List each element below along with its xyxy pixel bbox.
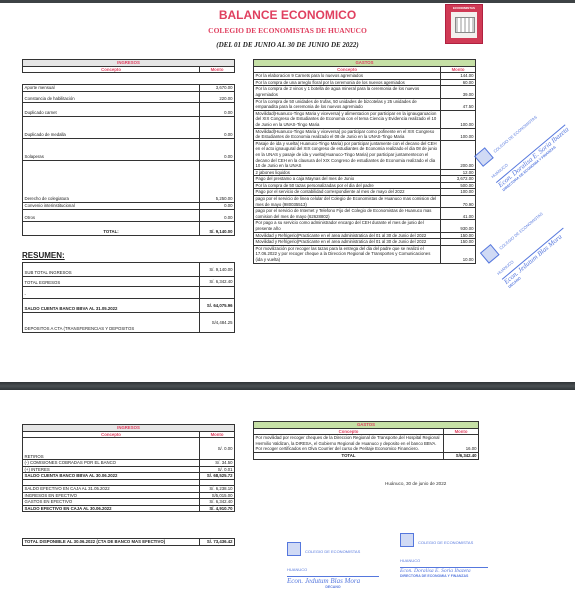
concept-cell: SUB TOTAL INGRESOS bbox=[23, 263, 200, 277]
col-concept: Concepto bbox=[23, 431, 200, 438]
amount-cell: 220.00 bbox=[200, 92, 235, 103]
amount-cell: S/. 6,238.10 bbox=[200, 485, 235, 492]
concept-cell: Por pago a su servicio como administrado… bbox=[254, 220, 441, 232]
concept-cell: GASTOS EN EFECTIVO bbox=[23, 499, 200, 506]
col-concept: Concepto bbox=[254, 428, 444, 435]
table-row: SALDO EFECTIVO EN CAJA AL 30.06.2022S/. … bbox=[23, 505, 235, 512]
page2-gastos-table: GASTOS ConceptoMonto Por movilidad por r… bbox=[253, 421, 479, 460]
total-disponible-amount: S/. 73,436.42 bbox=[200, 539, 235, 546]
table-row: TOTAL EGRESOSS/. 6,342.40 bbox=[23, 277, 235, 287]
seal-icon bbox=[400, 533, 414, 547]
table-row: Por movilización por recoger las tazas p… bbox=[254, 245, 476, 263]
table-row: pago por el servicio de Internet y Telef… bbox=[254, 208, 476, 220]
concept-cell: DEPOSITOS A CTA (TRANSFERENCIAS Y DEPOSI… bbox=[23, 313, 200, 333]
table-row: Solaperas0.00 bbox=[23, 139, 235, 161]
concept-cell: SALDO CUENTA BANCO BBVA AL 31.05.2022 bbox=[23, 299, 200, 313]
amount-cell: 12.00 bbox=[441, 169, 476, 176]
amount-cell: 0.00 bbox=[200, 210, 235, 222]
table-row: Por pago a su servicio como administrado… bbox=[254, 220, 476, 232]
col-concept: Concepto bbox=[254, 66, 441, 73]
total-disponible-label: TOTAL DISPONIBLE AL 30.06.2022 (CTA DE B… bbox=[23, 539, 200, 546]
concept-cell: SALDO EFECTIVO EN CAJA AL 31.05.2022 bbox=[23, 485, 200, 492]
stamp-dean-page2: COLEGIO DE ECONOMISTAS HUANUCO Econ. Jed… bbox=[287, 540, 379, 589]
table-row: Por la compra de 50 tazas personalizadas… bbox=[254, 182, 476, 189]
amount-cell: S/. 9,140.00 bbox=[200, 263, 235, 277]
amount-cell: S/. 6,342.40 bbox=[200, 499, 235, 506]
concept-cell: Por movilización por recoger las tazas p… bbox=[254, 245, 441, 263]
concept-cell: pago por el servicio de Internet y Telef… bbox=[254, 208, 441, 220]
concept-cell: - bbox=[23, 287, 200, 299]
table-row: SUB TOTAL INGRESOSS/. 9,140.00 bbox=[23, 263, 235, 277]
col-concept: Concepto bbox=[23, 66, 200, 73]
amount-cell: 10.00 bbox=[441, 245, 476, 263]
page2-ingresos-table: INGRESOS ConceptoMonto RETIROSS/. 0.00(-… bbox=[22, 424, 235, 512]
concept-cell: Pago por el servicio de contabilidad cor… bbox=[254, 189, 441, 196]
amount-cell: 100.00 bbox=[441, 128, 476, 140]
table-row: Movilidad(Huanuco-Tingo Maria y vicevers… bbox=[254, 128, 476, 140]
concept-cell: INGRESOS EN EFECTIVO bbox=[23, 492, 200, 499]
concept-cell: Constancia de habilitación bbox=[23, 92, 200, 103]
organization-name: COLEGIO DE ECONOMISTAS DE HUANUCO bbox=[0, 26, 575, 35]
amount-cell: S/. 34.50 bbox=[200, 460, 235, 467]
amount-cell: 144.00 bbox=[441, 73, 476, 80]
table-row: Pago del prestamo a caja Maynas del mes … bbox=[254, 176, 476, 183]
stamp-dean: COLEGIO DE ECONOMISTAS HUANUCO Econ. Jed… bbox=[479, 200, 572, 289]
gastos-title: GASTOS bbox=[254, 60, 476, 67]
table-row: (+) INTERESS/. 0.01 bbox=[23, 466, 235, 473]
amount-cell: S/. 0.01 bbox=[200, 466, 235, 473]
table-row: Por la compra de 50 unidades de trufas, … bbox=[254, 98, 476, 110]
gastos-table: GASTOS ConceptoMonto Por la elaboracion … bbox=[253, 59, 476, 264]
table-row: Por la compra de 2 vinos y 1 botella de … bbox=[254, 86, 476, 98]
concept-cell: Convenio interinstitucional bbox=[23, 203, 200, 210]
table-row: Duplicado de medalla0.00 bbox=[23, 117, 235, 139]
ingresos-body: Aporte mensual3,670.00Constancia de habi… bbox=[22, 84, 235, 236]
table-row: GASTOS EN EFECTIVOS/. 6,342.40 bbox=[23, 499, 235, 506]
concept-cell: Por la compra de 50 tazas personalizadas… bbox=[254, 182, 441, 189]
amount-cell: 60.00 bbox=[441, 79, 476, 86]
table-row: 2 jabones liquidos12.00 bbox=[254, 169, 476, 176]
amount-cell: S/. 64,075.96 bbox=[200, 299, 235, 313]
amount-cell: 150.00 bbox=[441, 239, 476, 246]
amount-cell: 0.00 bbox=[200, 139, 235, 161]
col-amount: Monto bbox=[200, 66, 235, 73]
concept-cell: pago por el servicio de linea celular de… bbox=[254, 196, 441, 208]
concept-cell: SALDO EFECTIVO EN CAJA AL 30.06.2022 bbox=[23, 505, 200, 512]
seal-icon bbox=[480, 244, 500, 264]
ingresos-title: INGRESOS bbox=[23, 60, 235, 67]
table-row: (-) COMISIONES COBRADAS POR EL BANCOS/. … bbox=[23, 460, 235, 467]
table-row: SALDO CUENTA BANCO BBVA AL 31.05.2022S/.… bbox=[23, 299, 235, 313]
amount-cell: S/. 4,910.70 bbox=[200, 505, 235, 512]
amount-cell: 5,250.00 bbox=[200, 161, 235, 203]
amount-cell: 100.00 bbox=[441, 110, 476, 128]
total-amount: S/. 9,140.00 bbox=[200, 222, 235, 236]
table-row: Movilidad y Refrigerio(Practicante en el… bbox=[254, 239, 476, 246]
table-row: Por la compra de una arreglo floral por … bbox=[254, 79, 476, 86]
concept-cell: Por la elaboracion 9 Carnets para lo nue… bbox=[254, 73, 441, 80]
amount-cell: 0.00 bbox=[200, 203, 235, 210]
amount-cell: S/. 6,342.40 bbox=[200, 277, 235, 287]
concept-cell: Aporte mensual bbox=[23, 85, 200, 92]
amount-cell: S/4,484.25 bbox=[200, 313, 235, 333]
concept-cell: Movilidad(Huanuco-Tingo Maria y vicevers… bbox=[254, 110, 441, 128]
amount-cell: 0.00 bbox=[200, 103, 235, 117]
concept-cell: TOTAL EGRESOS bbox=[23, 277, 200, 287]
table-row: Pago por el servicio de contabilidad cor… bbox=[254, 189, 476, 196]
concept-cell: Duplicado carnet bbox=[23, 103, 200, 117]
seal-icon bbox=[287, 542, 301, 556]
amount-cell: 47.50 bbox=[441, 98, 476, 110]
concept-cell: Pasaje de ida y vuelta( Huanuco-Tingo Ma… bbox=[254, 140, 441, 169]
stamp-director-page2: COLEGIO DE ECONOMISTAS HUANUCO Econ. Dor… bbox=[400, 531, 488, 578]
concept-cell: Movilidad(Huanuco-Tingo Maria y vicevers… bbox=[254, 128, 441, 140]
concept-cell: 2 jabones liquidos bbox=[254, 169, 441, 176]
concept-cell: Pago del prestamo a caja Maynas del mes … bbox=[254, 176, 441, 183]
amount-cell: 150.00 bbox=[441, 232, 476, 239]
amount-cell: 200.00 bbox=[441, 140, 476, 169]
table-row: SALDO EFECTIVO EN CAJA AL 31.05.2022S/. … bbox=[23, 485, 235, 492]
table-row: Duplicado carnet0.00 bbox=[23, 103, 235, 117]
ingresos-table: INGRESOS ConceptoMonto bbox=[22, 59, 235, 73]
table-row: - bbox=[23, 287, 235, 299]
ingresos-total-row: TOTAL: S/. 9,140.00 bbox=[23, 222, 235, 236]
college-logo: ECONOMISTAS bbox=[445, 4, 483, 44]
concept-cell: Por la compra de 50 unidades de trufas, … bbox=[254, 98, 441, 110]
page2-ingresos-title: INGRESOS bbox=[23, 425, 235, 432]
amount-cell: 16.00 bbox=[444, 435, 479, 453]
amount-cell: 41.00 bbox=[441, 208, 476, 220]
page-separator bbox=[0, 382, 575, 390]
amount-cell: S/. 68,525.72 bbox=[200, 473, 235, 480]
concept-cell: Movilidad y Refrigerio(Practicante en el… bbox=[254, 239, 441, 246]
amount-cell: S/. 0.00 bbox=[200, 438, 235, 460]
table-row: RETIROSS/. 0.00 bbox=[23, 438, 235, 460]
col-amount: Monto bbox=[441, 66, 476, 73]
concept-cell: Duplicado de medalla bbox=[23, 117, 200, 139]
amount-cell: 0.00 bbox=[200, 117, 235, 139]
table-row: DEPOSITOS A CTA (TRANSFERENCIAS Y DEPOSI… bbox=[23, 313, 235, 333]
concept-cell: (+) INTERES bbox=[23, 466, 200, 473]
period-label: (DEL 01 DE JUNIO AL 30 DE JUNIO DE 2022) bbox=[0, 41, 575, 49]
concept-cell: Por la compra de 2 vinos y 1 botella de … bbox=[254, 86, 441, 98]
table-row: Por movilidad por recoger cheques de la … bbox=[254, 435, 479, 453]
table-row: Movilidad y Refrigerio(Practicante en el… bbox=[254, 232, 476, 239]
total-disponible-table: TOTAL DISPONIBLE AL 30.06.2022 (CTA DE B… bbox=[22, 538, 235, 546]
concept-cell: Otros bbox=[23, 210, 200, 222]
amount-cell: S/5,015.00 bbox=[200, 492, 235, 499]
seal-icon bbox=[474, 147, 494, 167]
total-label: TOTAL: bbox=[23, 222, 200, 236]
city-date: Huánuco, 30 de junio de 2022 bbox=[385, 481, 446, 486]
amount-cell: 3,672.00 bbox=[441, 176, 476, 183]
logo-caption: ECONOMISTAS bbox=[446, 5, 482, 11]
col-amount: Monto bbox=[200, 431, 235, 438]
amount-cell: 500.00 bbox=[441, 182, 476, 189]
page2-gastos-total-row: TOTAL S/6,342.40 bbox=[254, 452, 479, 459]
concept-cell: Movilidad y Refrigerio(Practicante en el… bbox=[254, 232, 441, 239]
table-row: Pasaje de ida y vuelta( Huanuco-Tingo Ma… bbox=[254, 140, 476, 169]
concept-cell: RETIROS bbox=[23, 438, 200, 460]
table-row: INGRESOS EN EFECTIVOS/5,015.00 bbox=[23, 492, 235, 499]
viewer-top-border bbox=[0, 0, 575, 3]
amount-cell: 70.90 bbox=[441, 196, 476, 208]
table-row: Convenio interinstitucional0.00 bbox=[23, 203, 235, 210]
table-row: Otros0.00 bbox=[23, 210, 235, 222]
concept-cell: Derecho de colegiatura bbox=[23, 161, 200, 203]
table-row: Constancia de habilitación220.00 bbox=[23, 92, 235, 103]
stamp-director: COLEGIO DE ECONOMISTAS HUANUCO Econ. Dor… bbox=[473, 97, 573, 192]
table-row: Aporte mensual3,670.00 bbox=[23, 85, 235, 92]
concept-cell: Solaperas bbox=[23, 139, 200, 161]
document-title: BALANCE ECONOMICO bbox=[0, 8, 575, 22]
amount-cell: 3,670.00 bbox=[200, 85, 235, 92]
concept-cell: (-) COMISIONES COBRADAS POR EL BANCO bbox=[23, 460, 200, 467]
amount-cell: 39.00 bbox=[441, 86, 476, 98]
table-row: SALDO CUENTA BANCO BBVA AL 30.06.2022S/.… bbox=[23, 473, 235, 480]
concept-cell: SALDO CUENTA BANCO BBVA AL 30.06.2022 bbox=[23, 473, 200, 480]
page2-gastos-title: GASTOS bbox=[254, 422, 479, 429]
amount-cell bbox=[200, 287, 235, 299]
resumen-heading: RESUMEN: bbox=[22, 251, 65, 260]
resumen-table: SUB TOTAL INGRESOSS/. 9,140.00TOTAL EGRE… bbox=[22, 262, 235, 333]
amount-cell: 100.00 bbox=[441, 189, 476, 196]
logo-emblem-icon bbox=[451, 12, 477, 38]
concept-cell: Por la compra de una arreglo floral por … bbox=[254, 79, 441, 86]
table-row: pago por el servicio de linea celular de… bbox=[254, 196, 476, 208]
amount-cell: 930.00 bbox=[441, 220, 476, 232]
concept-cell: Por movilidad por recoger cheques de la … bbox=[254, 435, 444, 453]
col-amount: Monto bbox=[444, 428, 479, 435]
table-row: Movilidad(Huanuco-Tingo Maria y vicevers… bbox=[254, 110, 476, 128]
table-row: Derecho de colegiatura5,250.00 bbox=[23, 161, 235, 203]
table-row: Por la elaboracion 9 Carnets para lo nue… bbox=[254, 73, 476, 80]
